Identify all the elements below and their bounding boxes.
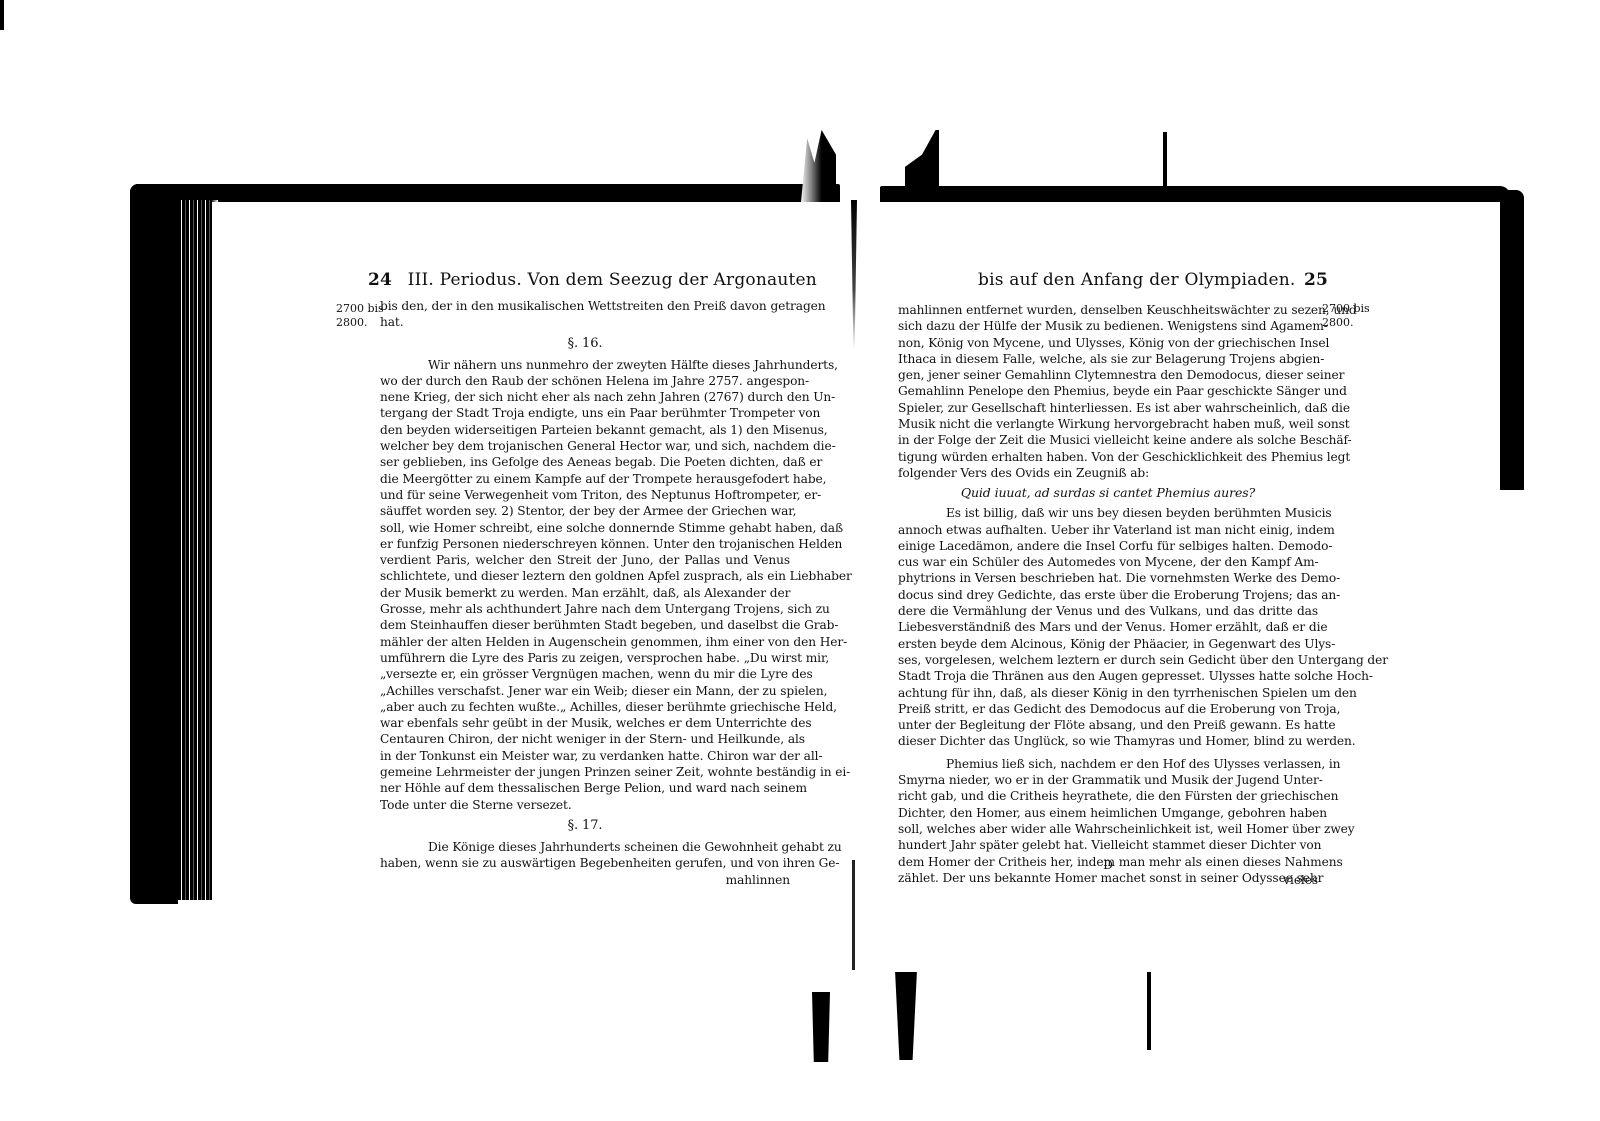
text-line: gemeine Lehrmeister der jungen Prinzen s…: [380, 764, 790, 780]
text-line: Grosse, mehr als achthundert Jahre nach …: [380, 601, 790, 617]
text-line: Gemahlinn Penelope den Phemius, beyde ei…: [898, 383, 1318, 399]
text-line: mahlinnen entfernet wurden, denselben Ke…: [898, 302, 1318, 318]
gutter-line: [852, 860, 855, 970]
left-cover-side: [130, 184, 178, 904]
left-page-edges: [178, 200, 212, 900]
bottom-shadow-2: [1147, 970, 1151, 1050]
text-line: einige Lacedämon, andere die Insel Corfu…: [898, 538, 1318, 554]
text-line: und für seine Verwegenheit vom Triton, d…: [380, 487, 790, 503]
text-line: Tode unter die Sterne versezet.: [380, 797, 790, 813]
left-running-head: 24 III. Periodus. Von dem Seezug der Arg…: [368, 270, 758, 290]
text-line: war ebenfals sehr geübt in der Musik, we…: [380, 715, 790, 731]
text-line: cus war ein Schüler des Automedes von My…: [898, 554, 1318, 570]
text-line: annoch etwas aufhalten. Ueber ihr Vaterl…: [898, 522, 1318, 538]
text-line: haben, wenn sie zu auswärtigen Begebenhe…: [380, 855, 790, 871]
text-line: tigung würden erhalten haben. Von der Ge…: [898, 449, 1318, 465]
text-line: dem Steinhauffen dieser berühmten Stadt …: [380, 617, 790, 633]
text-line: der Musik bemerkt zu werden. Man erzählt…: [380, 585, 790, 601]
text-line: Phemius ließ sich, nachdem er den Hof de…: [898, 756, 1318, 772]
right-page-number: 25: [1304, 270, 1328, 290]
text-line: verdient Paris, welcher den Streit der J…: [380, 552, 790, 568]
text-line: wo der durch den Raub der schönen Helena…: [380, 373, 790, 389]
text-line: dere die Vermählung der Venus und des Vu…: [898, 603, 1318, 619]
text-line: tergang der Stadt Troja endigte, uns ein…: [380, 405, 790, 421]
text-line: in der Tonkunst ein Meister war, zu verd…: [380, 748, 790, 764]
left-margin-date: 2700 bis 2800.: [336, 302, 384, 330]
text-line: sich dazu der Hülfe der Musik zu bediene…: [898, 318, 1318, 334]
text-line: „Achilles verschafst. Jener war ein Weib…: [380, 683, 790, 699]
scanned-book-spread: 24 III. Periodus. Von dem Seezug der Arg…: [0, 0, 1600, 1121]
text-line: ses, vorgelesen, welchem leztern er durc…: [898, 652, 1318, 668]
text-line: mähler der alten Helden in Augenschein g…: [380, 634, 790, 650]
text-line: Ithaca in diesem Falle, welche, als sie …: [898, 351, 1318, 367]
section-heading: §. 16.: [380, 331, 790, 357]
text-line: säuffet worden sey. 2) Stentor, der bey …: [380, 503, 790, 519]
text-line: in der Folge der Zeit die Musici viellei…: [898, 432, 1318, 448]
text-line: dieser Dichter das Unglück, so wie Thamy…: [898, 733, 1318, 749]
text-line: Liebesverständniß des Mars und der Venus…: [898, 619, 1318, 635]
text-line: bis den, der in den musikalischen Wettst…: [380, 298, 790, 314]
left-cover-top-edge: [130, 184, 840, 202]
text-line: mahlinnen: [380, 872, 790, 888]
section-heading: §. 17.: [380, 813, 790, 839]
text-line: nene Krieg, der sich nicht eher als nach…: [380, 389, 790, 405]
left-margin-date-line-2: 2800.: [336, 316, 384, 330]
left-page-body: bis den, der in den musikalischen Wettst…: [380, 298, 790, 888]
text-line: Spieler, zur Gesellschaft hinterliessen.…: [898, 400, 1318, 416]
text-line: richt gab, und die Critheis heyrathete, …: [898, 788, 1318, 804]
text-line: er funfzig Personen niederschreyen könne…: [380, 536, 790, 552]
spine-gutter-notch: [851, 200, 857, 350]
right-cover-top-edge: [880, 186, 1510, 202]
left-running-head-title: III. Periodus. Von dem Seezug der Argona…: [408, 270, 817, 290]
text-line: docus sind drey Gedichte, das erste über…: [898, 587, 1318, 603]
text-line: Die Könige dieses Jahrhunderts scheinen …: [380, 839, 790, 855]
spine-shadow-right: [905, 130, 939, 212]
scan-speck: [0, 0, 4, 30]
text-line: den beyden widerseitigen Parteien bekann…: [380, 422, 790, 438]
text-line: folgender Vers des Ovids ein Zeugniß ab:: [898, 465, 1318, 481]
text-line: gen, jener seiner Gemahlinn Clytemnestra…: [898, 367, 1318, 383]
left-page-number: 24: [368, 270, 392, 290]
text-line: unter der Begleitung der Flöte absang, u…: [898, 717, 1318, 733]
right-cover-side: [1500, 190, 1524, 490]
text-line: ersten beyde dem Alcinous, König der Phä…: [898, 636, 1318, 652]
text-line: hundert Jahr später gelebt hat. Vielleic…: [898, 837, 1318, 853]
catchword: vieles: [898, 872, 1318, 888]
bottom-shadow-3: [812, 992, 830, 1062]
text-line: Musik nicht die verlangte Wirkung hervor…: [898, 416, 1318, 432]
text-line: schlichtete, und dieser leztern den gold…: [380, 568, 790, 584]
text-line: hat.: [380, 314, 790, 330]
text-line: welcher bey dem trojanischen General Hec…: [380, 438, 790, 454]
text-line: „versezte er, ein grösser Vergnügen mach…: [380, 666, 790, 682]
text-line: Smyrna nieder, wo er in der Grammatik un…: [898, 772, 1318, 788]
text-line: Dichter, den Homer, aus einem heimlichen…: [898, 805, 1318, 821]
text-line: umführern die Lyre des Paris zu zeigen, …: [380, 650, 790, 666]
text-line: achtung für ihn, daß, als dieser König i…: [898, 685, 1318, 701]
spine-shadow-left: [800, 130, 836, 212]
text-line: Wir nähern uns nunmehro der zweyten Hälf…: [380, 357, 790, 373]
right-page-footer: D vieles: [898, 858, 1318, 888]
text-line: „aber auch zu fechten wußte.„ Achilles, …: [380, 699, 790, 715]
right-page-body: mahlinnen entfernet wurden, denselben Ke…: [898, 302, 1318, 886]
left-margin-date-line-1: 2700 bis: [336, 302, 384, 316]
text-line: non, König von Mycene, und Ulysses, Köni…: [898, 335, 1318, 351]
text-line: Centauren Chiron, der nicht weniger in d…: [380, 731, 790, 747]
text-line: phytrions in Versen beschrieben hat. Die…: [898, 570, 1318, 586]
bottom-shadow-1: [895, 970, 917, 1060]
signature-mark: D: [898, 858, 1318, 872]
spine-tick-mark: [1163, 132, 1167, 187]
text-line: soll, wie Homer schreibt, eine solche do…: [380, 520, 790, 536]
text-line: die Meergötter zu einem Kampfe auf der T…: [380, 471, 790, 487]
right-running-head: bis auf den Anfang der Olympiaden. 25: [978, 270, 1328, 290]
right-running-head-title: bis auf den Anfang der Olympiaden.: [978, 270, 1296, 290]
latin-quote: Quid iuuat, ad surdas si cantet Phemius …: [898, 481, 1318, 505]
text-line: Stadt Troja die Thränen aus den Augen ge…: [898, 668, 1318, 684]
text-line: Es ist billig, daß wir uns bey diesen be…: [898, 505, 1318, 521]
text-line: ner Höhle auf dem thessalischen Berge Pe…: [380, 780, 790, 796]
text-line: soll, welches aber wider alle Wahrschein…: [898, 821, 1318, 837]
text-line: Preiß stritt, er das Gedicht des Demodoc…: [898, 701, 1318, 717]
text-line: ser geblieben, ins Gefolge des Aeneas be…: [380, 454, 790, 470]
right-margin-date-line-2: 2800.: [1322, 316, 1370, 330]
